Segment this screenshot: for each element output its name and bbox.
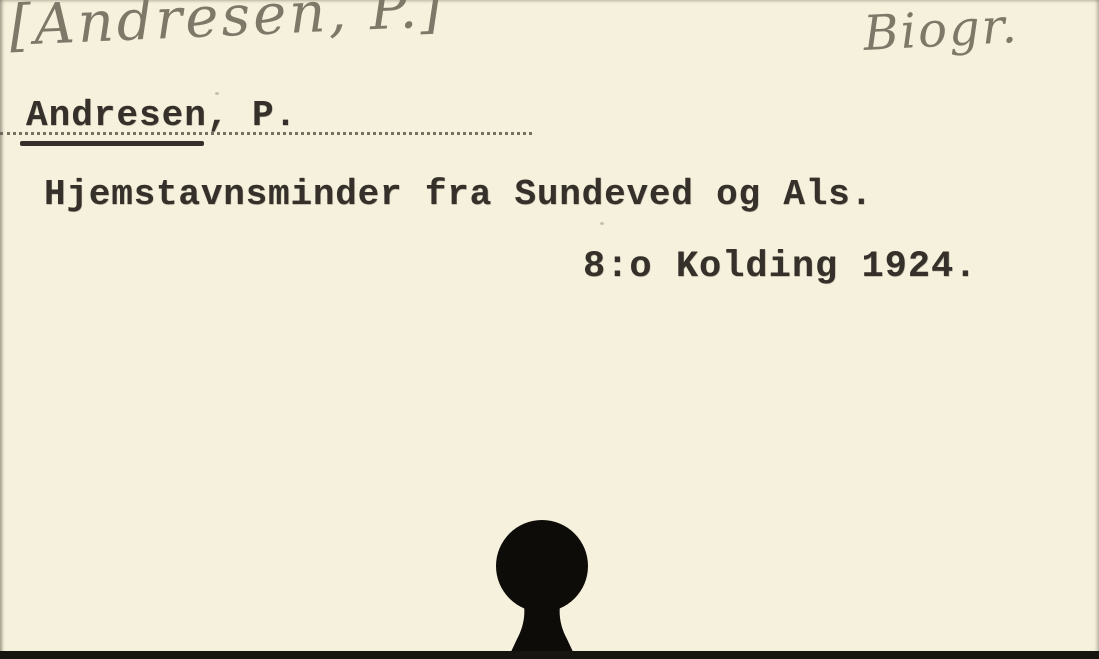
scan-bottom-edge <box>0 651 1099 659</box>
catalog-card: [Andresen, P.] Biogr. Andresen, P. Hjems… <box>0 0 1099 659</box>
typed-author-heading: Andresen, P. <box>26 98 297 134</box>
imprint-line: 8:o Kolding 1924. <box>583 249 977 286</box>
dotted-rule-line <box>0 132 532 135</box>
paper-speck <box>215 92 219 95</box>
classification-note: Biogr. <box>862 0 1020 62</box>
paper-speck <box>600 222 604 225</box>
handwritten-author-heading: [Andresen, P.] <box>8 0 446 59</box>
title-line: Hjemstavnsminder fra Sundeved og Als. <box>44 177 873 213</box>
author-underline <box>20 141 204 146</box>
